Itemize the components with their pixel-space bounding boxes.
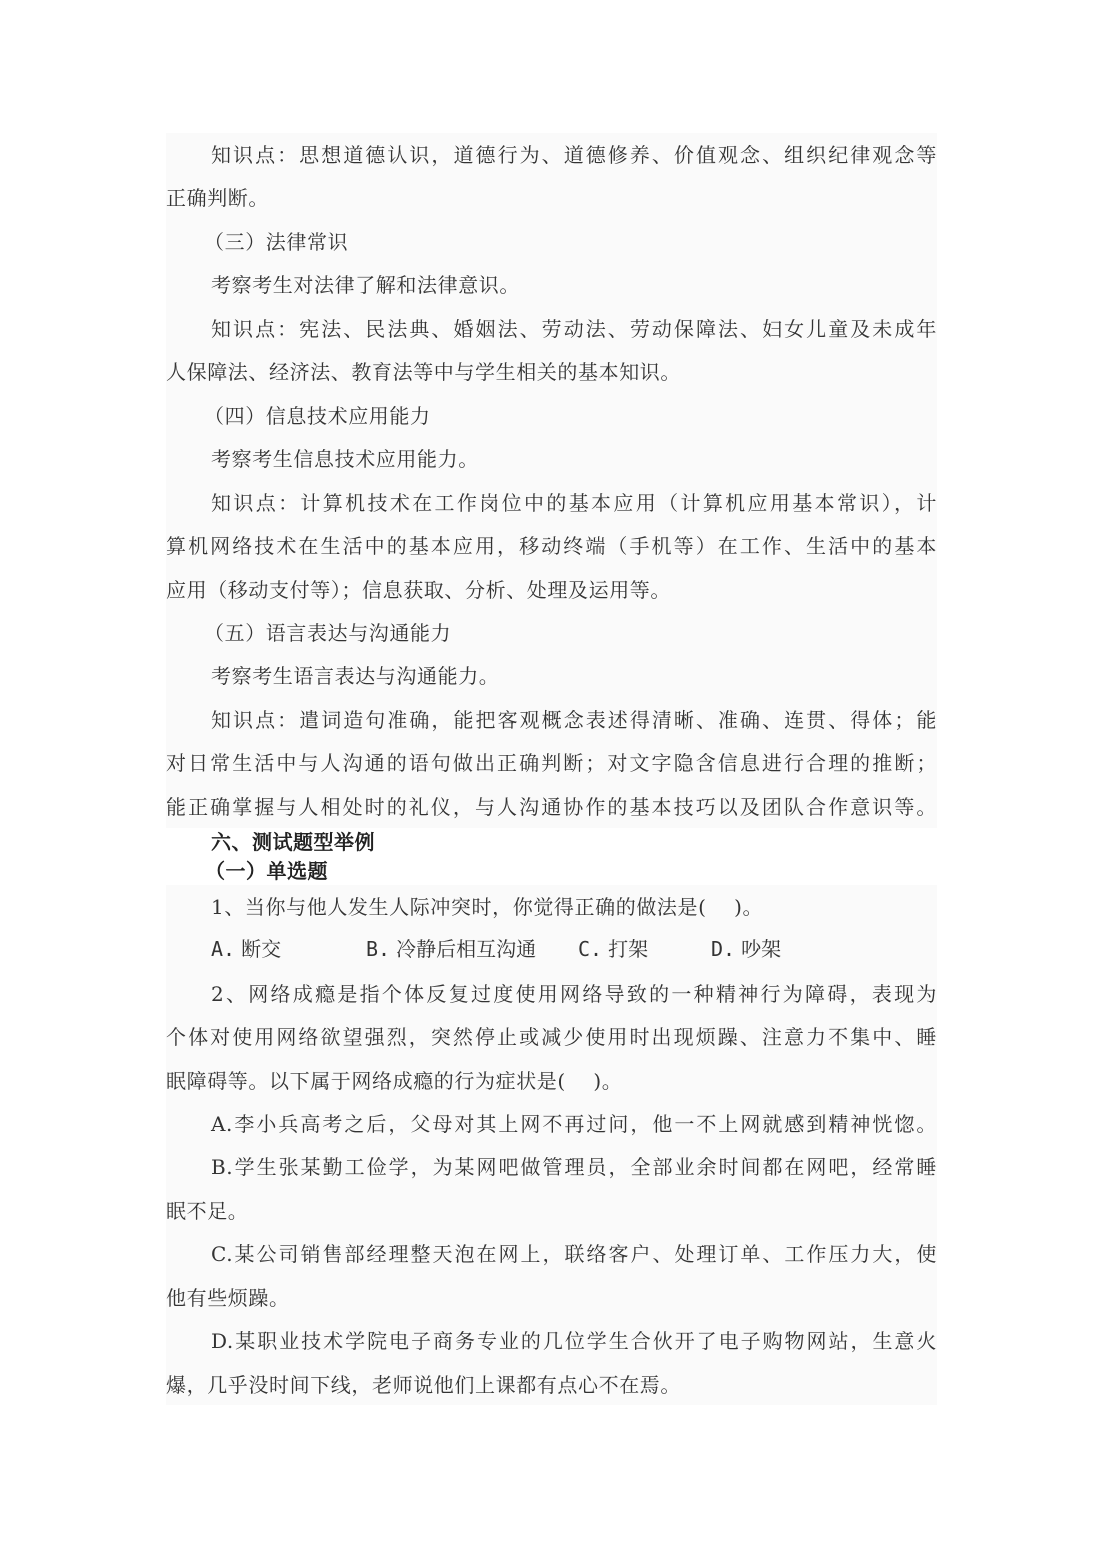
law-knowledge-points-cont: 人保障法、经济法、教育法等中与学生相关的基本知识。 (166, 358, 937, 386)
moral-knowledge-points-cont: 正确判断。 (166, 184, 937, 212)
section-title-language: （五）语言表达与沟通能力 (204, 619, 975, 647)
section-desc-language: 考察考生语言表达与沟通能力。 (211, 662, 982, 690)
question-2-option-a: A.李小兵高考之后，父母对其上网不再过问，他一不上网就感到精神恍惚。 (211, 1110, 937, 1138)
question-2-stem-cont2: 眠障碍等。以下属于网络成瘾的行为症状是( )。 (166, 1067, 937, 1095)
law-knowledge-points: 知识点：宪法、民法典、婚姻法、劳动法、劳动保障法、妇女儿童及未成年 (211, 315, 937, 343)
question-2-option-d: D.某职业技术学院电子商务专业的几位学生合伙开了电子购物网站，生意火 (211, 1327, 937, 1355)
part-six-heading: 六、测试题型举例 (211, 828, 375, 856)
moral-knowledge-points: 知识点：思想道德认识，道德行为、道德修养、价值观念、组织纪律观念等 (211, 141, 937, 169)
question-1-option-c: C.打架 (578, 935, 648, 963)
question-2-option-d-cont: 爆，几乎没时间下线，老师说他们上课都有点心不在焉。 (166, 1371, 937, 1399)
it-knowledge-points-cont1: 算机网络技术在生活中的基本应用，移动终端（手机等）在工作、生活中的基本 (166, 532, 937, 560)
question-1-options: A.断交 B.冷静后相互沟通 C.打架 D.吵架 (0, 935, 1102, 963)
it-knowledge-points-cont2: 应用（移动支付等）；信息获取、分析、处理及运用等。 (166, 576, 937, 604)
question-2-option-b-cont: 眠不足。 (166, 1197, 937, 1225)
document-page: 知识点：思想道德认识，道德行为、道德修养、价值观念、组织纪律观念等 正确判断。 … (0, 0, 1102, 1559)
question-2-option-b: B.学生张某勤工俭学，为某网吧做管理员，全部业余时间都在网吧，经常睡 (211, 1153, 937, 1181)
question-1-option-a: A.断交 (211, 935, 281, 963)
language-knowledge-points-cont2: 能正确掌握与人相处时的礼仪，与人沟通协作的基本技巧以及团队合作意识等。 (166, 793, 937, 821)
question-2-option-c: C.某公司销售部经理整天泡在网上，联络客户、处理订单、工作压力大，使 (211, 1240, 937, 1268)
language-knowledge-points: 知识点：遣词造句准确，能把客观概念表述得清晰、准确、连贯、得体；能 (211, 706, 937, 734)
language-knowledge-points-cont1: 对日常生活中与人沟通的语句做出正确判断；对文字隐含信息进行合理的推断； (166, 749, 937, 777)
question-2-stem-cont1: 个体对使用网络欲望强烈，突然停止或减少使用时出现烦躁、注意力不集中、睡 (166, 1023, 937, 1051)
single-choice-subheading: （一）单选题 (205, 857, 328, 885)
question-2-stem: 2、网络成瘾是指个体反复过度使用网络导致的一种精神行为障碍，表现为 (211, 980, 937, 1008)
section-title-it: （四）信息技术应用能力 (204, 402, 975, 430)
question-1-option-d: D.吵架 (711, 935, 781, 963)
question-2-option-c-cont: 他有些烦躁。 (166, 1284, 937, 1312)
question-1-option-b: B.冷静后相互沟通 (366, 935, 536, 963)
section-title-law: （三）法律常识 (204, 228, 975, 256)
question-1-stem: 1、当你与他人发生人际冲突时，你觉得正确的做法是( )。 (211, 893, 982, 921)
section-desc-law: 考察考生对法律了解和法律意识。 (211, 271, 982, 299)
it-knowledge-points: 知识点：计算机技术在工作岗位中的基本应用（计算机应用基本常识），计 (211, 489, 937, 517)
section-desc-it: 考察考生信息技术应用能力。 (211, 445, 982, 473)
